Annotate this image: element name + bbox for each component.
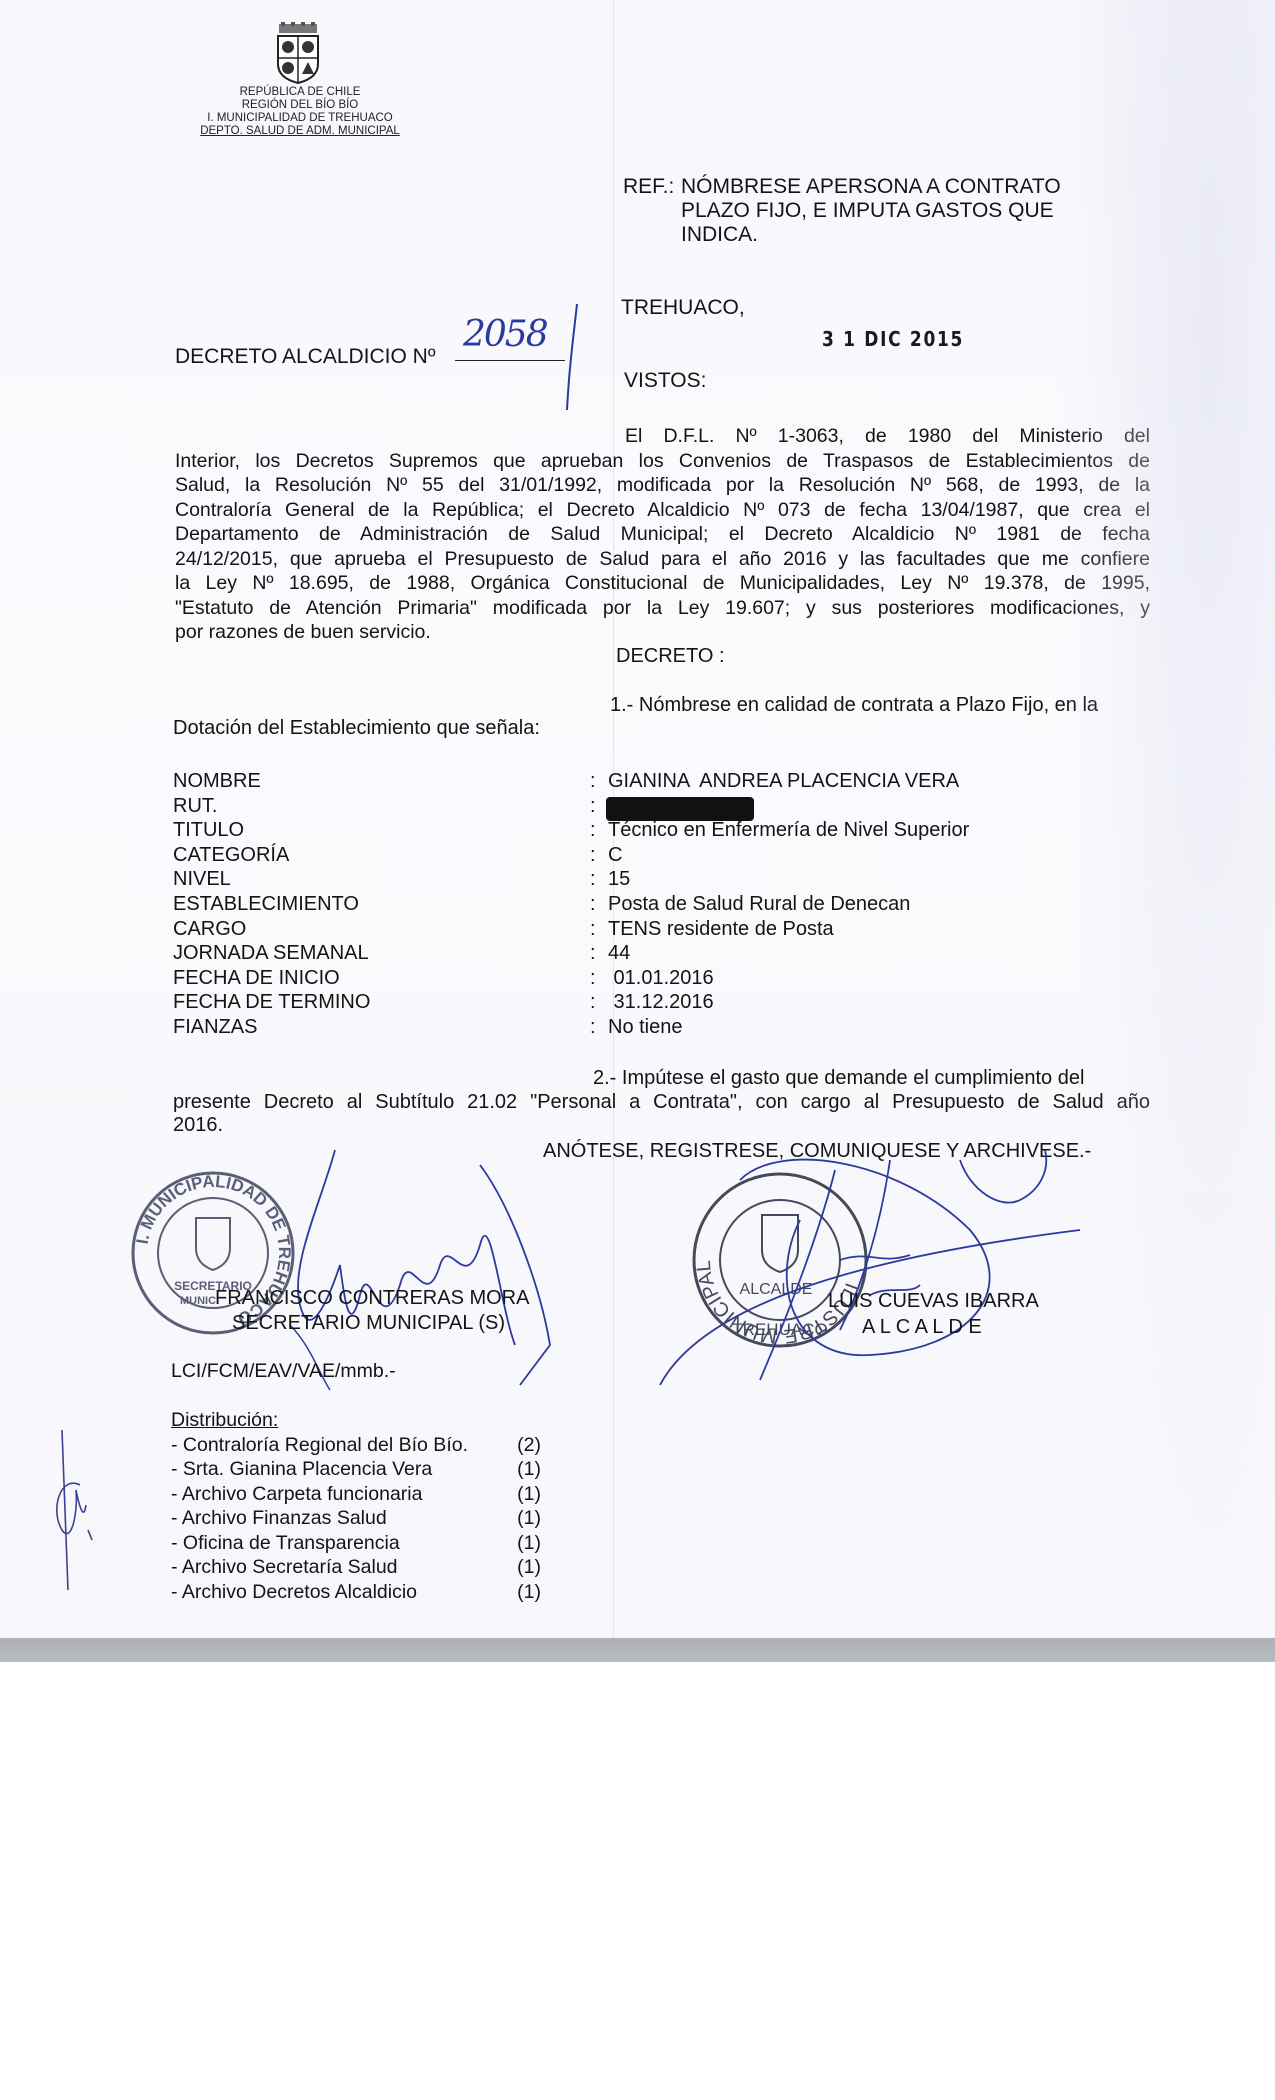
detail-value: No tiene [608, 1016, 683, 1039]
article-1-line-1: 1.- Nómbrese en calidad de contrata a Pl… [610, 694, 1098, 717]
detail-colon: : [590, 991, 596, 1014]
distribution-copies: (1) [517, 1506, 541, 1531]
vistos-line: 24/12/2015, que aprueba el Presupuesto d… [175, 547, 1150, 572]
vistos-line: por razones de buen servicio. [175, 620, 1150, 645]
reference-line-3: INDICA. [681, 223, 758, 247]
detail-colon: : [590, 967, 596, 990]
secretary-title: SECRETARIO MUNICIPAL (S) [232, 1312, 505, 1335]
reference-label: REF.: [623, 175, 674, 199]
detail-colon: : [590, 770, 596, 793]
svg-text:ILUSTRE MUNICIPALIDAD: ILUSTRE MUNICIPALIDAD [690, 1170, 863, 1347]
secretary-name: FRANCISCO CONTRERAS MORA [215, 1287, 529, 1310]
detail-colon: : [590, 1016, 596, 1039]
vistos-line: "Estatuto de Atención Primaria" modifica… [175, 596, 1150, 621]
header-country: REPÚBLICA DE CHILE [150, 86, 450, 99]
svg-text:TREHUACO: TREHUACO [732, 1320, 827, 1339]
distribution-recipient: - Archivo Finanzas Salud [171, 1506, 387, 1531]
detail-label: TITULO [173, 819, 244, 842]
detail-value: Técnico en Enfermería de Nivel Superior [608, 819, 969, 842]
mayor-signature [640, 1150, 1110, 1410]
svg-text:ALCALDE: ALCALDE [740, 1281, 813, 1298]
detail-value: TENS residente de Posta [608, 918, 834, 941]
distribution-copies: (1) [517, 1531, 541, 1556]
detail-value: Posta de Salud Rural de Denecan [608, 893, 910, 916]
vistos-line: Interior, los Decretos Supremos que apru… [175, 449, 1150, 474]
article-2-line-1: 2.- Impútese el gasto que demande el cum… [593, 1067, 1084, 1090]
distribution-item: - Archivo Finanzas Salud(1) [171, 1506, 541, 1531]
detail-colon: : [590, 795, 596, 818]
initials: LCI/FCM/EAV/VAE/mmb.- [171, 1360, 396, 1383]
detail-label: FECHA DE INICIO [173, 967, 340, 990]
detail-colon: : [590, 819, 596, 842]
reference-line-2: PLAZO FIJO, E IMPUTA GASTOS QUE [681, 199, 1054, 223]
detail-label: NIVEL [173, 868, 231, 891]
vistos-line: El D.F.L. Nº 1-3063, de 1980 del Ministe… [175, 424, 1150, 449]
detail-colon: : [590, 868, 596, 891]
scanned-document-page: REPÚBLICA DE CHILE REGIÓN DEL BÍO BÍO I.… [0, 0, 1275, 1642]
header-region: REGIÓN DEL BÍO BÍO [150, 99, 450, 112]
vistos-line: Salud, la Resolución Nº 55 del 31/01/199… [175, 473, 1150, 498]
distribution-recipient: - Contraloría Regional del Bío Bío. [171, 1433, 468, 1458]
article-2-line-2: presente Decreto al Subtítulo 21.02 "Per… [173, 1091, 1150, 1114]
decreto-label: DECRETO : [616, 645, 725, 668]
distribution-recipient: - Archivo Carpeta funcionaria [171, 1482, 422, 1507]
handwritten-initial-mark [50, 1430, 110, 1600]
distribution-copies: (1) [517, 1457, 541, 1482]
secretary-signature [250, 1145, 570, 1395]
detail-label: JORNADA SEMANAL [173, 942, 369, 965]
vistos-line: la Ley Nº 18.695, de 1988, Orgánica Cons… [175, 571, 1150, 596]
reference-line-1: NÓMBRESE APERSONA A CONTRATO [681, 175, 1061, 199]
distribution-recipient: - Archivo Decretos Alcaldicio [171, 1580, 417, 1605]
article-1-line-2: Dotación del Establecimiento que señala: [173, 717, 540, 740]
vistos-label: VISTOS: [624, 369, 706, 393]
detail-value: 15 [608, 868, 630, 891]
detail-value: 01.01.2016 [608, 967, 714, 990]
coat-of-arms-icon [273, 22, 323, 84]
vistos-paragraph: El D.F.L. Nº 1-3063, de 1980 del Ministe… [175, 424, 1150, 645]
detail-value: 31.12.2016 [608, 991, 714, 1014]
detail-colon: : [590, 893, 596, 916]
distribution-item: - Archivo Decretos Alcaldicio(1) [171, 1580, 541, 1605]
detail-label: ESTABLECIMIENTO [173, 893, 359, 916]
distribution-item: - Archivo Secretaría Salud(1) [171, 1555, 541, 1580]
mayor-title: A L C A L D E [862, 1316, 982, 1339]
date-stamp: 3 1 DIC 2015 [822, 327, 964, 351]
distribution-copies: (1) [517, 1580, 541, 1605]
detail-colon: : [590, 942, 596, 965]
distribution-recipient: - Archivo Secretaría Salud [171, 1555, 398, 1580]
mayor-name: LUIS CUEVAS IBARRA [828, 1290, 1039, 1313]
distribution-recipient: - Oficina de Transparencia [171, 1531, 400, 1556]
detail-label: CATEGORÍA [173, 844, 289, 867]
detail-label: FECHA DE TERMINO [173, 991, 370, 1014]
mayor-seal-stamp: ILUSTRE MUNICIPALIDAD ALCALDE TREHUACO [690, 1170, 870, 1350]
distribution-title: Distribución: [171, 1408, 541, 1433]
decree-number-handwritten: 2058 [463, 314, 547, 355]
decree-number-field: 2058 [455, 320, 565, 361]
detail-colon: : [590, 918, 596, 941]
detail-label: RUT. [173, 795, 217, 818]
distribution-copies: (1) [517, 1555, 541, 1580]
redacted-rut [606, 797, 754, 821]
distribution-copies: (2) [517, 1433, 541, 1458]
distribution-copies: (1) [517, 1482, 541, 1507]
detail-value: C [608, 844, 622, 867]
distribution-list: Distribución: - Contraloría Regional del… [171, 1408, 541, 1604]
distribution-item: - Oficina de Transparencia(1) [171, 1531, 541, 1556]
distribution-item: - Contraloría Regional del Bío Bío.(2) [171, 1433, 541, 1458]
scan-edge [0, 1638, 1275, 1662]
header-municipality: I. MUNICIPALIDAD DE TREHUACO [150, 112, 450, 125]
detail-label: FIANZAS [173, 1016, 257, 1039]
decree-title: DECRETO ALCALDICIO Nº [175, 345, 436, 369]
detail-value: GIANINA ANDREA PLACENCIA VERA [608, 770, 959, 793]
detail-label: CARGO [173, 918, 246, 941]
city: TREHUACO, [621, 296, 745, 320]
distribution-item: - Srta. Gianina Placencia Vera(1) [171, 1457, 541, 1482]
svg-text:MUNIC: MUNIC [180, 1295, 216, 1307]
detail-colon: : [590, 844, 596, 867]
detail-value: 44 [608, 942, 630, 965]
distribution-recipient: - Srta. Gianina Placencia Vera [171, 1457, 432, 1482]
header-department: DEPTO. SALUD DE ADM. MUNICIPAL [150, 125, 450, 138]
distribution-item: - Archivo Carpeta funcionaria(1) [171, 1482, 541, 1507]
closing-formula: ANÓTESE, REGISTRESE, COMUNIQUESE Y ARCHI… [543, 1140, 1091, 1163]
detail-label: NOMBRE [173, 770, 261, 793]
vistos-line: Contraloría General de la República; el … [175, 498, 1150, 523]
article-2-line-3: 2016. [173, 1114, 223, 1137]
vistos-line: Departamento de Administración de Salud … [175, 522, 1150, 547]
